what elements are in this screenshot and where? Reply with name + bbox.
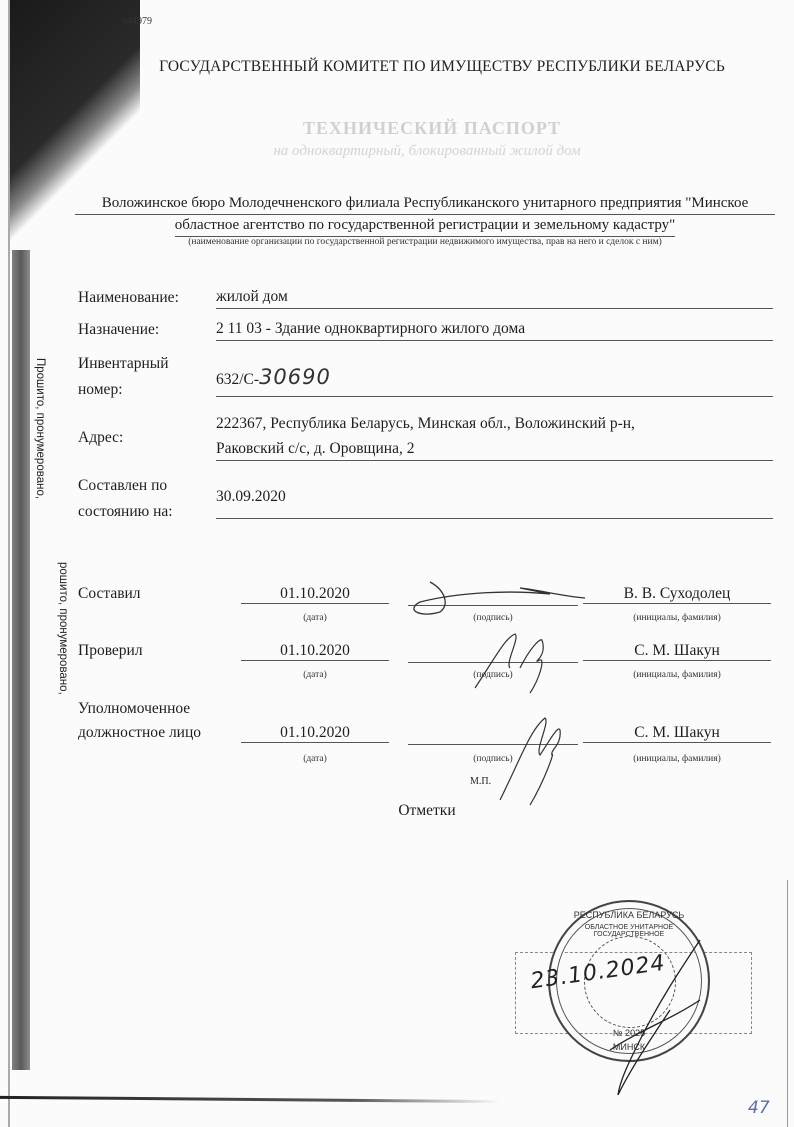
signature-label-line2: должностное лицо [78, 724, 201, 742]
signature-compiled-icon [400, 580, 590, 620]
organization-line-2: областное агентство по государственной р… [175, 215, 676, 237]
field-state-date: Составлен по состоянию на: 30.09.2020 [78, 474, 773, 524]
signature-label-line1: Уполномоченное [78, 700, 190, 718]
inventory-prefix: 632/С- [216, 371, 259, 388]
field-label-line1: Составлен по [78, 474, 167, 498]
signature-row-checked: Проверил 01.10.2020 С. М. Шакун [78, 642, 773, 666]
signature-checked-icon [470, 628, 580, 698]
field-label-line2: состоянию на: [78, 500, 173, 524]
scan-bottom-edge [0, 1096, 500, 1103]
signature-date: 01.10.2020 [241, 642, 389, 661]
organization-line-1: Воложинское бюро Молодечненского филиала… [75, 193, 775, 215]
caption-date: (дата) [241, 613, 389, 623]
binding-strip [12, 250, 30, 1070]
signature-date: 01.10.2020 [241, 585, 389, 604]
page-edge-right [787, 880, 788, 1127]
field-value: 30.09.2020 [216, 486, 773, 519]
field-value: 632/С-30690 [216, 362, 773, 397]
field-address: Адрес: 222367, Республика Беларусь, Минс… [78, 412, 773, 464]
stamp-signature-icon [600, 930, 710, 1100]
field-label: Адрес: [78, 426, 123, 450]
address-line-1: 222367, Республика Беларусь, Минская обл… [216, 412, 635, 436]
marks-heading: Отметки [0, 802, 794, 820]
committee-header: ГОСУДАРСТВЕННЫЙ КОМИТЕТ ПО ИМУЩЕСТВУ РЕС… [0, 58, 794, 76]
binding-text-1: Прошито, пронумеровано, [34, 358, 46, 499]
document-page: 944979 ГОСУДАРСТВЕННЫЙ КОМИТЕТ ПО ИМУЩЕС… [0, 0, 794, 1127]
binding-text-2: рошито, пронумеровано, [57, 562, 69, 695]
faded-title: ТЕХНИЧЕСКИЙ ПАСПОРТ [0, 118, 794, 139]
signature-name: С. М. Шакун [583, 724, 771, 743]
field-inventory: Инвентарный номер: 632/С-30690 [78, 352, 773, 402]
caption-name: (инициалы, фамилия) [583, 754, 771, 764]
address-line-2: Раковский с/с, д. Оровщина, 2 [216, 438, 773, 461]
organization-caption: (наименование организации по государстве… [75, 237, 775, 247]
caption-name: (инициалы, фамилия) [583, 670, 771, 680]
signature-label: Проверил [78, 642, 143, 660]
signature-name: В. В. Суходолец [583, 585, 771, 604]
faded-subtitle: на одноквартирный, блокированный жилой д… [0, 143, 794, 160]
signature-row-authorized: Уполномоченное должностное лицо 01.10.20… [78, 700, 773, 748]
field-purpose: Назначение: 2 11 03 - Здание одноквартир… [78, 318, 773, 344]
caption-date: (дата) [241, 754, 389, 764]
field-label: Назначение: [78, 318, 159, 342]
signature-label: Составил [78, 585, 141, 603]
field-value: жилой дом [216, 286, 773, 309]
field-label: Наименование: [78, 286, 179, 310]
seal-ring-text: РЕСПУБЛИКА БЕЛАРУСЬ [550, 910, 708, 920]
field-label-line2: номер: [78, 378, 123, 402]
inventory-handwritten: 30690 [259, 365, 331, 389]
caption-date: (дата) [241, 670, 389, 680]
signature-authorized-icon [490, 710, 570, 810]
caption-name: (инициалы, фамилия) [583, 613, 771, 623]
field-label-line1: Инвентарный [78, 352, 169, 376]
field-name: Наименование: жилой дом [78, 286, 773, 312]
document-number: 944979 [122, 16, 152, 27]
signature-date: 01.10.2020 [241, 724, 389, 743]
field-value: 2 11 03 - Здание одноквартирного жилого … [216, 318, 773, 341]
organization-name: Воложинское бюро Молодечненского филиала… [75, 193, 775, 237]
seal-place-label: М.П. [470, 776, 491, 787]
page-number: 47 [748, 1098, 770, 1118]
signature-name: С. М. Шакун [583, 642, 771, 661]
